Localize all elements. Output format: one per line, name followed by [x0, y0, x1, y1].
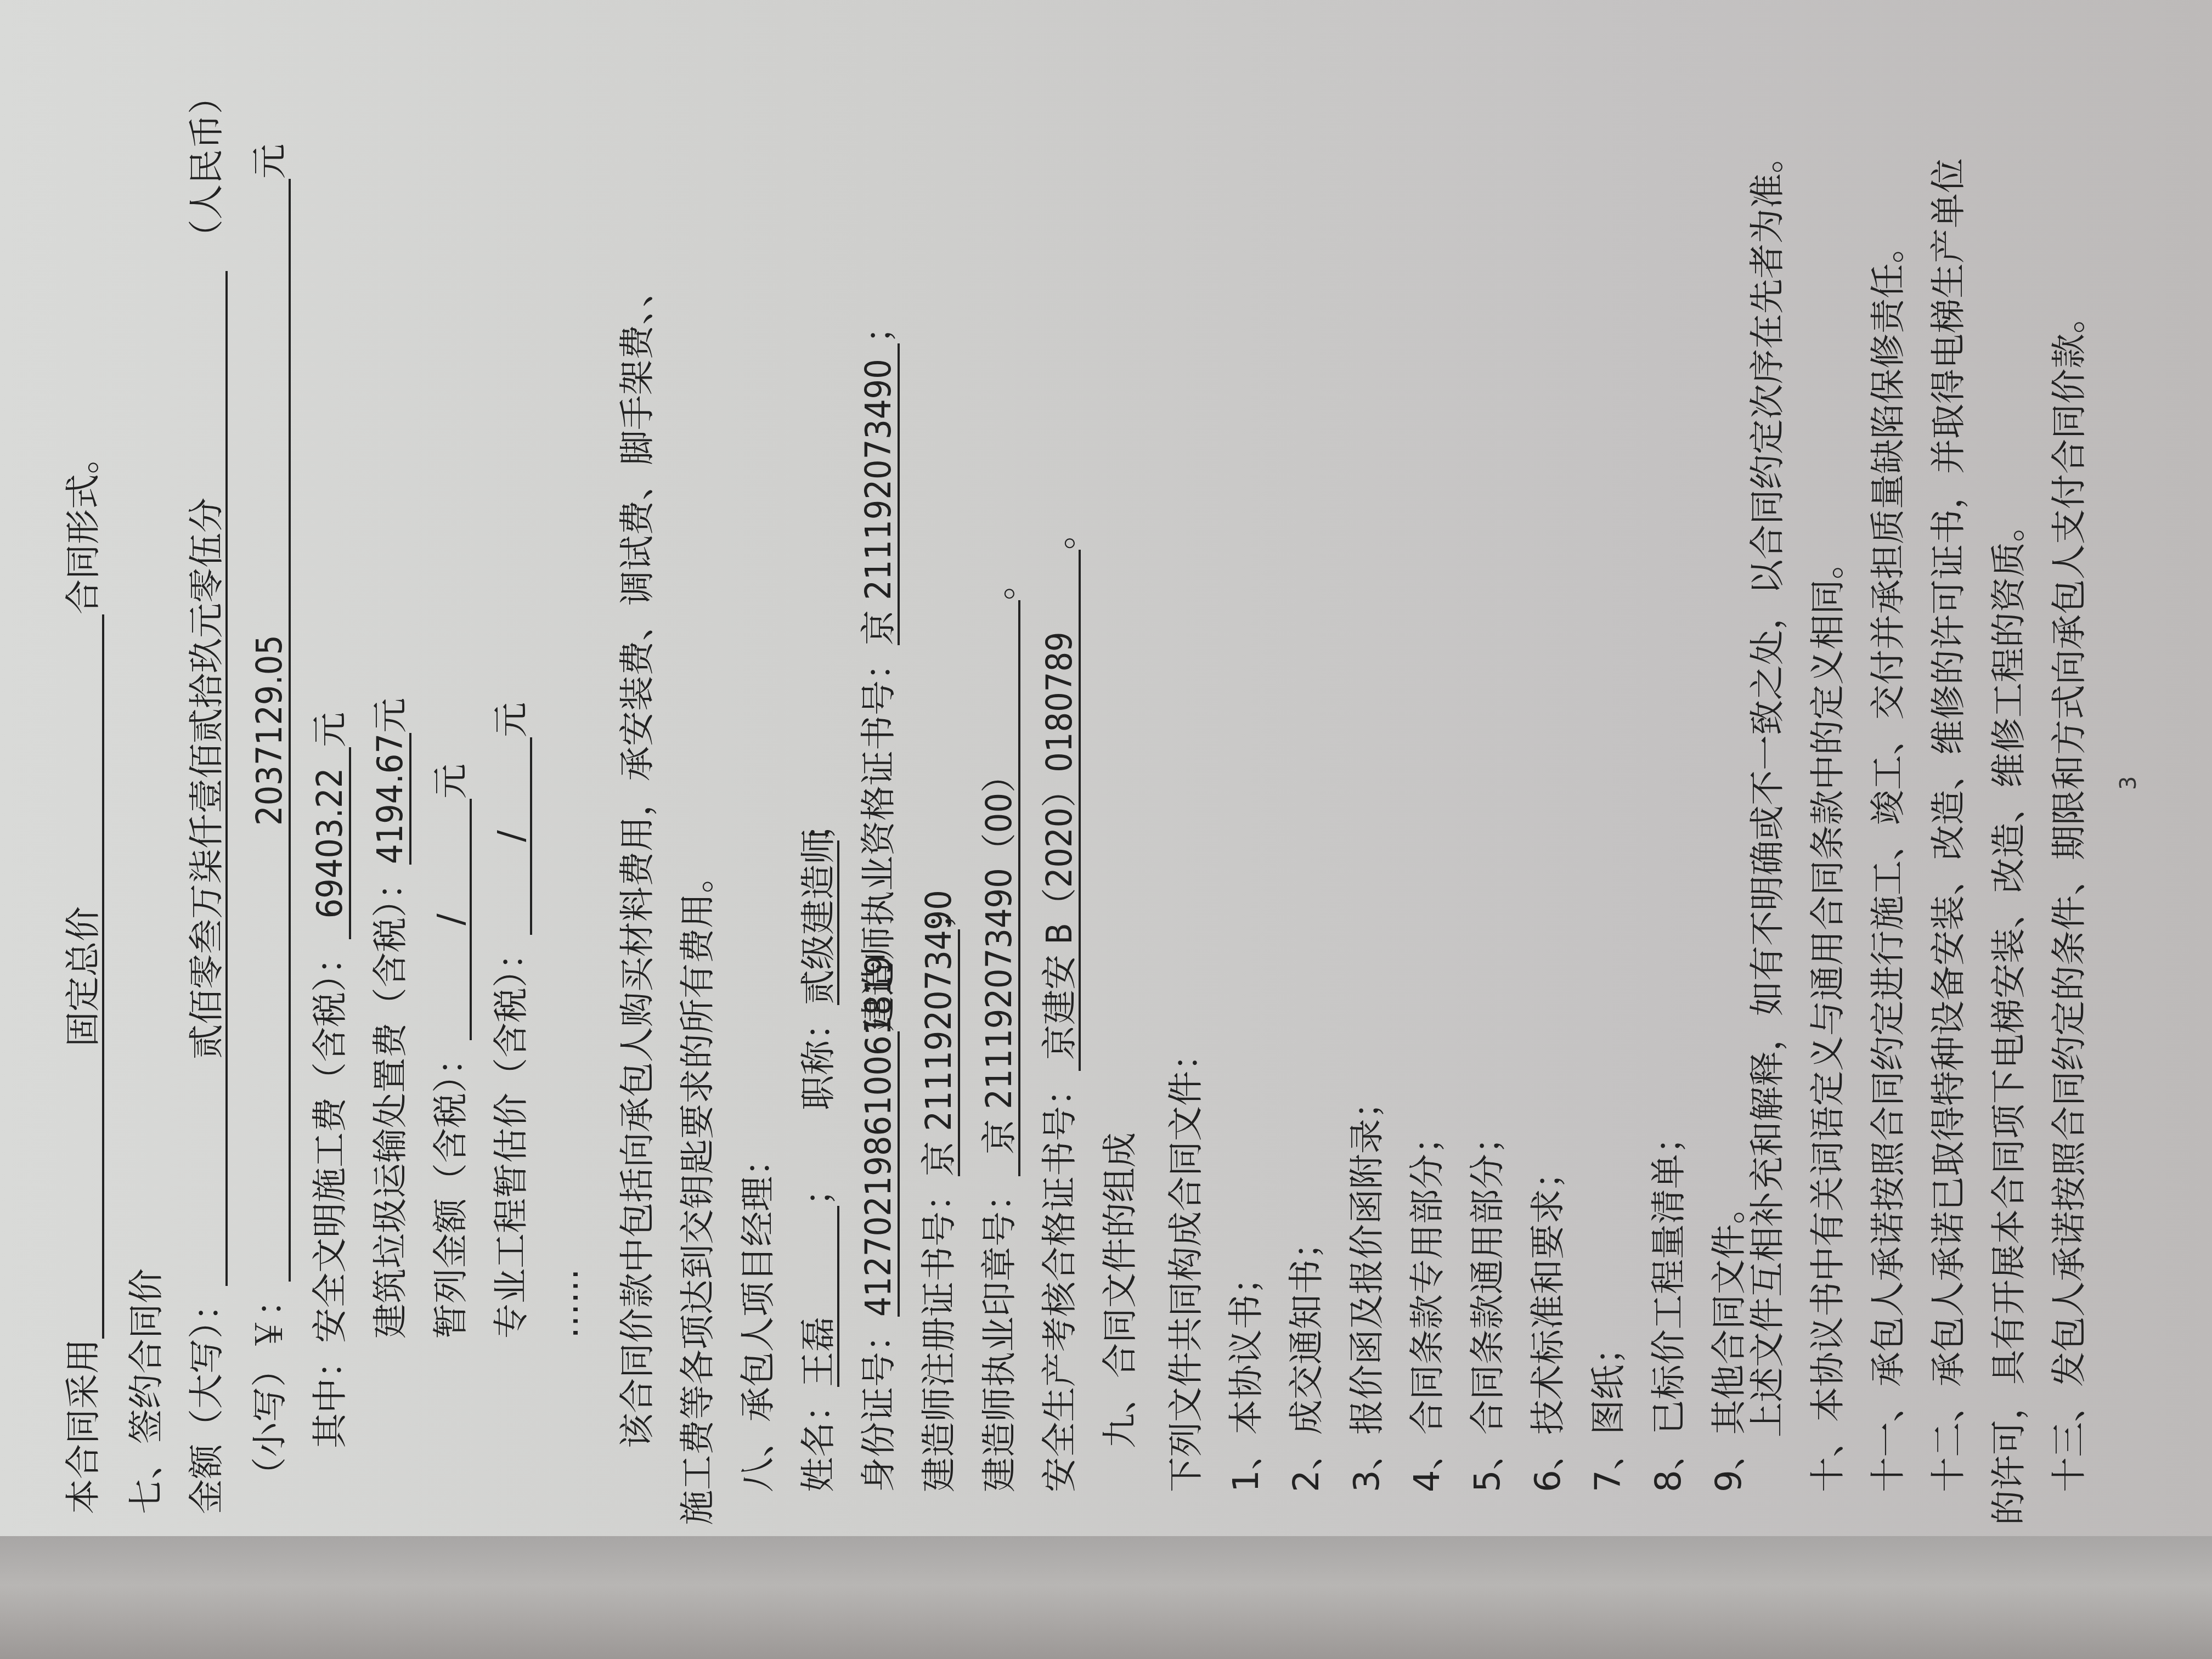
fee-item-label: 专业工程暂估价（含税）： [491, 935, 532, 1339]
amount-upper-value: 贰佰零叁万柒仟壹佰贰拾玖元零伍分 [189, 271, 228, 1286]
section9-title: 九、合同文件的组成 [1103, 1132, 1138, 1448]
fee-item-value: / [433, 799, 472, 1040]
contract-form-prefix: 本合同采用 [63, 1339, 104, 1514]
fee-item-unit: 元 [491, 702, 532, 737]
pm-seal-line: 建造师执业印章号：京 211192073490（00）。 [982, 565, 1020, 1492]
section8-title: 八、承包人项目经理： [741, 1141, 776, 1492]
fee-item-value: 69403.22 [313, 747, 351, 939]
id-label: 身份证号： [859, 1317, 899, 1492]
name-label: 姓名： [798, 1387, 839, 1492]
clause-line: 十、本协议书中有关词语定义与通用合同条款中的定义相同。 [1810, 544, 1846, 1492]
contract-page: 本合同采用固定总价合同形式。 七、签约合同价 金额（大写）：贰佰零叁万柒仟壹佰贰… [0, 0, 2212, 1646]
fee-item: 建筑垃圾运输处置费（含税）：4194.67元 [373, 698, 411, 1339]
seal-value: 京 211192073490（00） [982, 600, 1020, 1176]
document-list-item: 5、合同条款通用部分； [1470, 1119, 1505, 1492]
clause-line: 的许可，具有开展本合同项下电梯安装、改造、维修工程的资质。 [1991, 507, 2027, 1525]
contract-form-value: 固定总价 [66, 614, 104, 1339]
fee-item-label: 其中：安全文明施工费（含税）： [310, 939, 351, 1448]
fee-item-value: 4194.67 [373, 733, 411, 865]
unit-label: 元 [250, 144, 290, 179]
section9-conclusion: 上述文件互相补充和解释，如有不明确或不一致之处，以合同约定次序在先者为准。 [1750, 138, 1785, 1437]
amount-upper-label: 金额（大写）： [187, 1286, 227, 1514]
fee-item: 暂列金额（含税）：/元 [433, 764, 472, 1339]
document-list-item: 7、图纸； [1591, 1329, 1626, 1492]
price-note-line2: 施工费等各项达到交钥匙要求的所有费用。 [680, 858, 715, 1525]
section7-title: 七、签约合同价 [129, 1268, 164, 1514]
fee-item: 专业工程暂估价（含税）：/元 [494, 702, 532, 1339]
pm-safety-line: 安全生产考核合格证书号：京建安 B（2020）0180789。 [1042, 515, 1081, 1492]
reg-value: 京 211192073490 [922, 929, 960, 1176]
fee-item-unit: 元 [310, 712, 351, 747]
contract-form-line: 本合同采用固定总价合同形式。 [66, 439, 104, 1514]
document-list-item: 3、报价函及报价函附录； [1350, 1084, 1385, 1492]
seal-label: 建造师执业印章号： [979, 1176, 1020, 1492]
pm-reg-line: 建造师注册证书号：京 211192073490； [922, 894, 960, 1492]
contract-form-suffix: 合同形式。 [63, 439, 104, 614]
reg-label: 建造师注册证书号： [919, 1176, 960, 1492]
title-label: 职称： [798, 1005, 839, 1110]
fee-item-label: 暂列金额（含税）： [431, 1040, 471, 1339]
pm-id-line: 身份证号：412702198610061819建造师执业资格证书号：京 2111… [861, 308, 900, 1492]
document-list-item: 2、成交通知书； [1289, 1224, 1324, 1492]
fee-item-value: / [494, 737, 532, 935]
pm-name-line: 姓名：王磊； 职称：贰级建造师； [801, 805, 839, 1492]
clause-line: 十二、承包人承诺已取得特种设备安装、改造、维修的许可证书，并取得电梯生产单位 [1931, 158, 1966, 1492]
fee-item-unit: 元 [431, 764, 471, 799]
ellipsis: …… [549, 1268, 584, 1339]
price-note-line1: 该合同价款中包括向承包人购买材料费用，承安装费、调试费、脚手架费、、 [620, 272, 655, 1448]
document-list-item: 8、已标价工程量清单； [1651, 1119, 1686, 1492]
document-list-item: 9、其他合同文件。 [1712, 1189, 1747, 1492]
name-value: 王磊 [801, 1206, 839, 1387]
amount-upper-line: 金额（大写）：贰佰零叁万柒仟壹佰贰拾玖元零伍分（人民币） [189, 79, 228, 1514]
qual-value: 京 211192073490 [861, 343, 900, 645]
document-list-item: 4、合同条款专用部分； [1410, 1119, 1445, 1492]
fee-item-unit: 元 [370, 698, 411, 733]
safety-value: 京建安 B（2020）0180789 [1042, 550, 1081, 1071]
section9-intro: 下列文件共同构成合同文件： [1169, 1036, 1204, 1492]
fee-item-label: 建筑垃圾运输处置费（含税）： [370, 865, 411, 1339]
page-number: 3 [2118, 776, 2140, 790]
safety-label: 安全生产考核合格证书号： [1040, 1071, 1080, 1492]
id-value: 412702198610061819 [861, 1031, 900, 1317]
document-list-item: 1、本协议书； [1229, 1259, 1264, 1492]
amount-lower-line: （小写）￥：2037129.05元 [252, 144, 291, 1492]
clause-line: 十三、发包人承诺按照合同约定的条件、期限和方式向承包人支付合同价款。 [2052, 298, 2087, 1492]
title-value: 贰级建造师 [801, 840, 839, 1005]
amount-lower-label: （小写）￥： [250, 1282, 290, 1492]
qual-label: 建造师执业资格证书号： [859, 645, 899, 1031]
fee-item: 其中：安全文明施工费（含税）：69403.22元 [313, 712, 351, 1448]
currency-label: （人民币） [187, 79, 227, 255]
clause-line: 十一、承包人承诺按照合同约定进行施工、竣工、交付并承担质量缺陷保修责任。 [1871, 228, 1906, 1492]
amount-lower-value: 2037129.05 [252, 179, 291, 1282]
document-list-item: 6、技术标准和要求； [1531, 1154, 1566, 1492]
